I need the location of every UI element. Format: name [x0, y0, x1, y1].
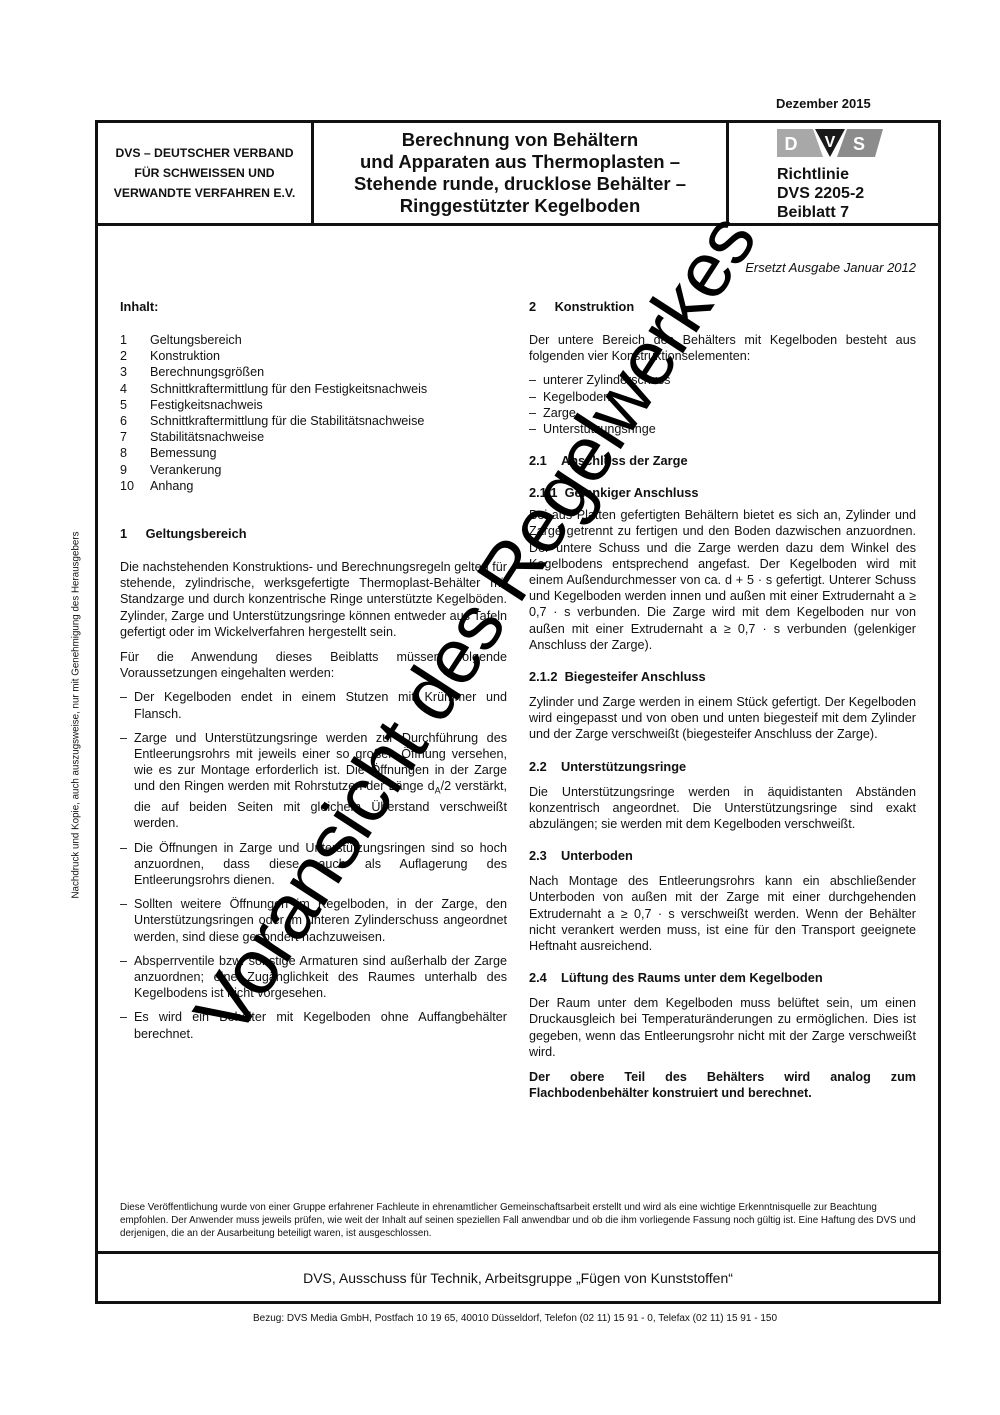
list-item: Der Kegelboden endet in einem Stutzen mi…: [120, 689, 507, 721]
title-line: und Apparaten aus Thermoplasten –: [360, 151, 680, 173]
section-2-3-text: Nach Montage des Entleerungsrohrs kann e…: [529, 873, 916, 954]
toc-item[interactable]: 1Geltungsbereich: [120, 332, 507, 348]
section-2-1-heading: 2.1Anschluss der Zarge: [529, 453, 916, 469]
doc-type: Richtlinie: [777, 165, 938, 184]
document-id-block: D V S Richtlinie DVS 2205-2 Beiblatt 7: [729, 123, 938, 223]
section-2-1-2-text: Zylinder und Zarge werden in einem Stück…: [529, 694, 916, 743]
section-2-1-1-text: Bei aus Platten gefertigten Behältern bi…: [529, 507, 916, 653]
requirements-list: Der Kegelboden endet in einem Stutzen mi…: [120, 689, 507, 1041]
title-line: Stehende runde, drucklose Behälter –: [354, 173, 686, 195]
document-frame: DVS – DEUTSCHER VERBAND FÜR SCHWEISSEN U…: [95, 120, 941, 1304]
doc-number: DVS 2205-2: [777, 184, 938, 203]
section-1-paragraph: Die nachstehenden Konstruktions- und Ber…: [120, 559, 507, 640]
ordering-info: Bezug: DVS Media GmbH, Postfach 10 19 65…: [0, 1313, 1000, 1324]
copyright-sidenote: Nachdruck und Kopie, auch auszugsweise, …: [71, 531, 82, 898]
section-1-heading: 1 Geltungsbereich: [120, 526, 507, 542]
issue-date: Dezember 2015: [776, 96, 871, 111]
toc-item[interactable]: 4Schnittkraftermittlung für den Festigke…: [120, 381, 507, 397]
document-header: DVS – DEUTSCHER VERBAND FÜR SCHWEISSEN U…: [98, 123, 938, 226]
list-item: Sollten weitere Öffnungen im Kegelboden,…: [120, 896, 507, 945]
title-line: Berechnung von Behältern: [402, 129, 638, 151]
toc-item[interactable]: 2Konstruktion: [120, 348, 507, 364]
doc-supplement: Beiblatt 7: [777, 203, 938, 222]
section-2-1-2-heading: 2.1.2 Biegesteifer Anschluss: [529, 669, 916, 685]
section-2-intro: Der untere Bereich des Behälters mit Keg…: [529, 332, 916, 364]
list-item: Absperrventile bzw. sonstige Armaturen s…: [120, 953, 507, 1002]
svg-text:V: V: [825, 134, 836, 151]
section-1-paragraph: Für die Anwendung dieses Beiblatts müsse…: [120, 649, 507, 681]
toc-item[interactable]: 5Festigkeitsnachweis: [120, 397, 507, 413]
publisher-line: FÜR SCHWEISSEN UND: [134, 163, 274, 183]
dvs-logo-icon: D V S: [777, 129, 883, 157]
publisher-line: VERWANDTE VERFAHREN E.V.: [114, 183, 296, 203]
list-item: Unterstützungsringe: [529, 421, 916, 437]
list-item: Es wird ein Behälter mit Kegelboden ohne…: [120, 1009, 507, 1041]
toc-item[interactable]: 3Berechnungsgrößen: [120, 364, 507, 380]
publisher-line: DVS – DEUTSCHER VERBAND: [115, 143, 293, 163]
section-2-4-text: Der Raum unter dem Kegelboden muss belüf…: [529, 995, 916, 1060]
list-item: Kegelboden: [529, 389, 916, 405]
toc-item[interactable]: 9Verankerung: [120, 462, 507, 478]
supersedes-note: Ersetzt Ausgabe Januar 2012: [745, 260, 916, 275]
table-of-contents: 1Geltungsbereich 2Konstruktion 3Berechnu…: [120, 332, 507, 494]
list-item: Zarge: [529, 405, 916, 421]
construction-elements-list: unterer Zylinderschuss Kegelboden Zarge …: [529, 372, 916, 437]
section-2-heading: 2 Konstruktion: [529, 299, 916, 315]
title-line: Ringgestützter Kegelboden: [400, 195, 641, 217]
publisher-block: DVS – DEUTSCHER VERBAND FÜR SCHWEISSEN U…: [98, 123, 314, 223]
committee-line: DVS, Ausschuss für Technik, Arbeitsgrupp…: [98, 1254, 938, 1301]
toc-item[interactable]: 6Schnittkraftermittlung für die Stabilit…: [120, 413, 507, 429]
list-item: Die Öffnungen in Zarge und Unterstützung…: [120, 840, 507, 889]
toc-item[interactable]: 7Stabilitätsnachweise: [120, 429, 507, 445]
svg-text:D: D: [785, 134, 798, 154]
document-title: Berechnung von Behältern und Apparaten a…: [314, 123, 729, 223]
right-column: 2 Konstruktion Der untere Bereich des Be…: [529, 299, 916, 1102]
closing-note: Der obere Teil des Behälters wird analog…: [529, 1069, 916, 1101]
disclaimer-text: Diese Veröffentlichung wurde von einer G…: [98, 1188, 938, 1241]
section-2-4-heading: 2.4Lüftung des Raums unter dem Kegelbode…: [529, 970, 916, 986]
section-2-3-heading: 2.3Unterboden: [529, 848, 916, 864]
list-item: unterer Zylinderschuss: [529, 372, 916, 388]
toc-item[interactable]: 8Bemessung: [120, 445, 507, 461]
section-2-1-1-heading: 2.1.1 Gelenkiger Anschluss: [529, 485, 916, 501]
contents-heading: Inhalt:: [120, 299, 507, 315]
svg-text:S: S: [853, 134, 865, 154]
section-2-2-text: Die Unterstützungsringe werden in äquidi…: [529, 784, 916, 833]
disclaimer-box: Diese Veröffentlichung wurde von einer G…: [98, 1188, 938, 1254]
list-item: Zarge und Unterstützungsringe werden zur…: [120, 730, 507, 832]
toc-item[interactable]: 10Anhang: [120, 478, 507, 494]
section-2-2-heading: 2.2Unterstützungsringe: [529, 759, 916, 775]
left-column: Inhalt: 1Geltungsbereich 2Konstruktion 3…: [120, 299, 507, 1042]
